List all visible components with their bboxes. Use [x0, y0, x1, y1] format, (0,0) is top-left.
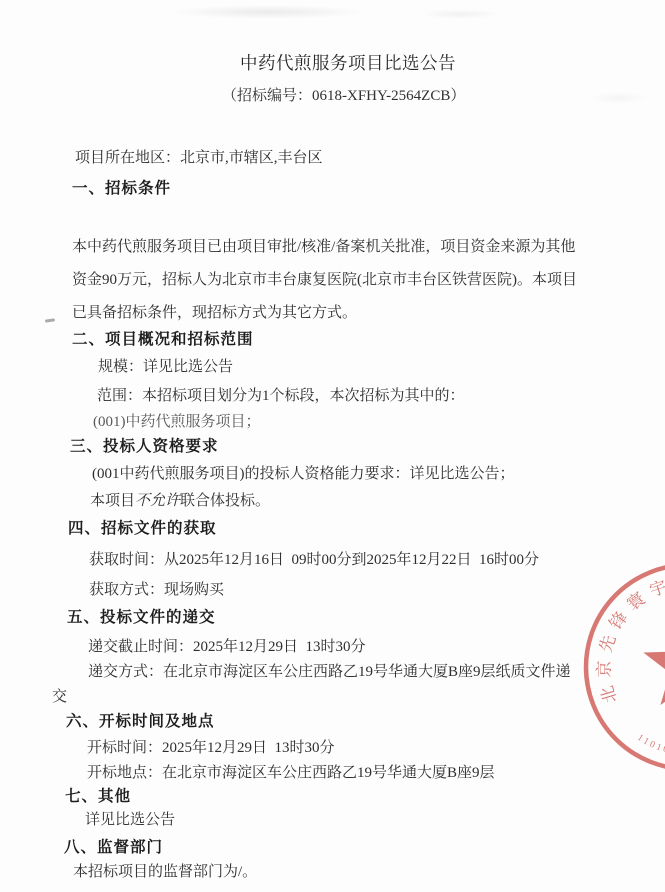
- jv-emphasis: 不允许: [135, 493, 180, 509]
- jv-prefix: 本项目: [90, 493, 135, 509]
- section-1-line-1: 本中药代煎服务项目已由项目审批/核准/备案机关批准，项目资金来源为其他: [72, 237, 575, 257]
- scan-smudge: [588, 92, 648, 104]
- section-2-scope: 范围：本招标项目划分为1个标段，本次招标为其中的：: [97, 386, 465, 406]
- tender-number: （招标编号：0618-XFHY-2564ZCB）: [222, 86, 465, 106]
- project-location: 项目所在地区：北京市,市辖区,丰台区: [75, 148, 323, 168]
- section-3-heading: 三、投标人资格要求: [70, 437, 219, 457]
- section-2-lot: (001)中药代煎服务项目；: [93, 412, 261, 432]
- section-3-qualification: (001中药代煎服务项目)的投标人资格能力要求：详见比选公告；: [92, 464, 515, 484]
- section-5-method-line-1: 递交方式：在北京市海淀区车公庄西路乙19号华通大厦B座9层纸质文件递: [88, 662, 571, 682]
- section-1-heading: 一、招标条件: [72, 179, 171, 199]
- section-7-note: 详见比选公告: [85, 810, 175, 830]
- section-5-deadline: 递交截止时间：2025年12月29日 13时30分: [88, 637, 366, 657]
- section-7-heading: 七、其他: [65, 787, 131, 807]
- document-page: 中药代煎服务项目比选公告 （招标编号：0618-XFHY-2564ZCB） 项目…: [0, 0, 665, 892]
- section-8-heading: 八、监督部门: [64, 838, 163, 858]
- scan-speck: [45, 318, 55, 322]
- section-4-obtain-method: 获取方式：现场购买: [89, 580, 224, 600]
- section-3-joint-venture: 本项目不允许联合体投标。: [90, 491, 270, 511]
- section-5-method-line-2: 交: [52, 687, 67, 707]
- seal-arc-text: 北京先锋寰宇: [595, 575, 665, 705]
- seal-serial-number: 11010: [635, 733, 665, 756]
- section-1-line-3: 已具备招标条件，现招标方式为其它方式。: [72, 303, 357, 323]
- scan-smudge: [168, 5, 368, 19]
- official-seal: 北京先锋寰宇 11010: [570, 552, 665, 777]
- section-1-line-2: 资金90万元，招标人为北京市丰台康复医院(北京市丰台区铁营医院)。本项目: [72, 270, 577, 290]
- jv-suffix: 联合体投标。: [180, 493, 270, 509]
- doc-title: 中药代煎服务项目比选公告: [240, 53, 456, 73]
- section-2-scale: 规模：详见比选公告: [98, 357, 233, 377]
- section-8-dept: 本招标项目的监督部门为/。: [73, 862, 257, 882]
- section-6-heading: 六、开标时间及地点: [66, 712, 215, 732]
- section-5-heading: 五、投标文件的递交: [67, 608, 216, 628]
- seal-star-icon: [643, 620, 665, 705]
- section-4-heading: 四、招标文件的获取: [68, 519, 217, 539]
- section-4-obtain-time: 获取时间：从2025年12月16日 09时00分到2025年12月22日 16时…: [89, 550, 539, 570]
- section-6-open-place: 开标地点：在北京市海淀区车公庄西路乙19号华通大厦B座9层: [87, 763, 495, 783]
- section-2-heading: 二、项目概况和招标范围: [72, 330, 254, 350]
- section-6-open-time: 开标时间：2025年12月29日 13时30分: [87, 738, 335, 758]
- scan-smudge: [420, 9, 500, 19]
- svg-text:北京先锋寰宇: 北京先锋寰宇: [595, 575, 665, 705]
- svg-text:11010: 11010: [635, 733, 665, 756]
